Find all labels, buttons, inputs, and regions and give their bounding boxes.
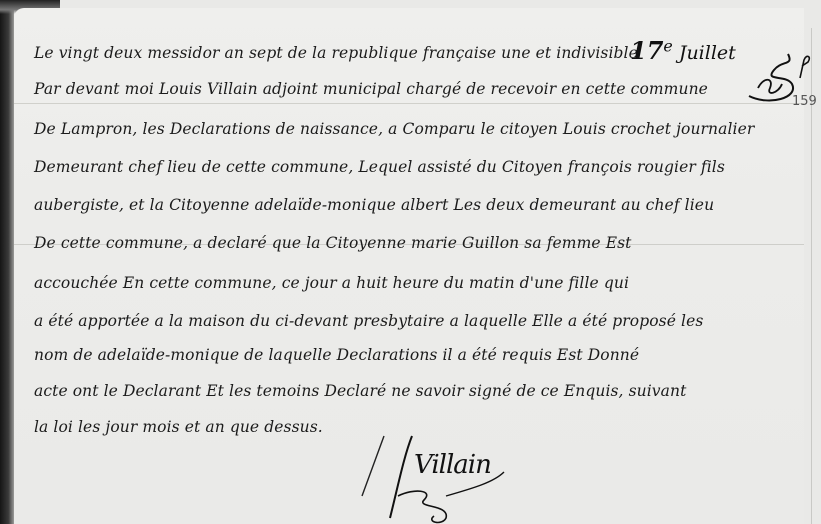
record-line-4: Demeurant chef lieu de cette commune, Le…	[34, 158, 725, 176]
binding-shadow	[0, 0, 14, 524]
signature-flourish-icon	[354, 426, 534, 524]
record-line-9: nom de adelaïde-monique de laquelle Decl…	[34, 346, 639, 364]
margin-date-annotation: 17e Juillet	[630, 36, 736, 65]
margin-date-suffix: e	[663, 37, 672, 56]
record-line-11: la loi les jour mois et an que dessus.	[34, 418, 323, 436]
register-page: Le vingt deux messidor an sept de la rep…	[14, 8, 804, 524]
margin-date-month: Juillet	[679, 42, 736, 64]
record-line-5: aubergiste, et la Citoyenne adelaïde-mon…	[34, 196, 714, 214]
record-line-7: accouchée En cette commune, ce jour a hu…	[34, 274, 629, 292]
record-line-3: De Lampron, les Declarations de naissanc…	[34, 120, 754, 138]
record-line-8: a été apportée a la maison du ci-devant …	[34, 312, 703, 330]
next-record-fragment	[14, 512, 804, 524]
record-line-1: Le vingt deux messidor an sept de la rep…	[34, 44, 638, 62]
faint-ruled-line	[14, 103, 804, 104]
record-line-6: De cette commune, a declaré que la Citoy…	[34, 234, 632, 252]
scanned-document: Le vingt deux messidor an sept de la rep…	[0, 0, 821, 524]
margin-date-day: 17	[630, 36, 663, 65]
record-line-10: acte ont le Declarant Et les temoins Dec…	[34, 382, 686, 400]
record-line-2: Par devant moi Louis Villain adjoint mun…	[34, 80, 708, 98]
folio-number: 159	[792, 94, 817, 109]
